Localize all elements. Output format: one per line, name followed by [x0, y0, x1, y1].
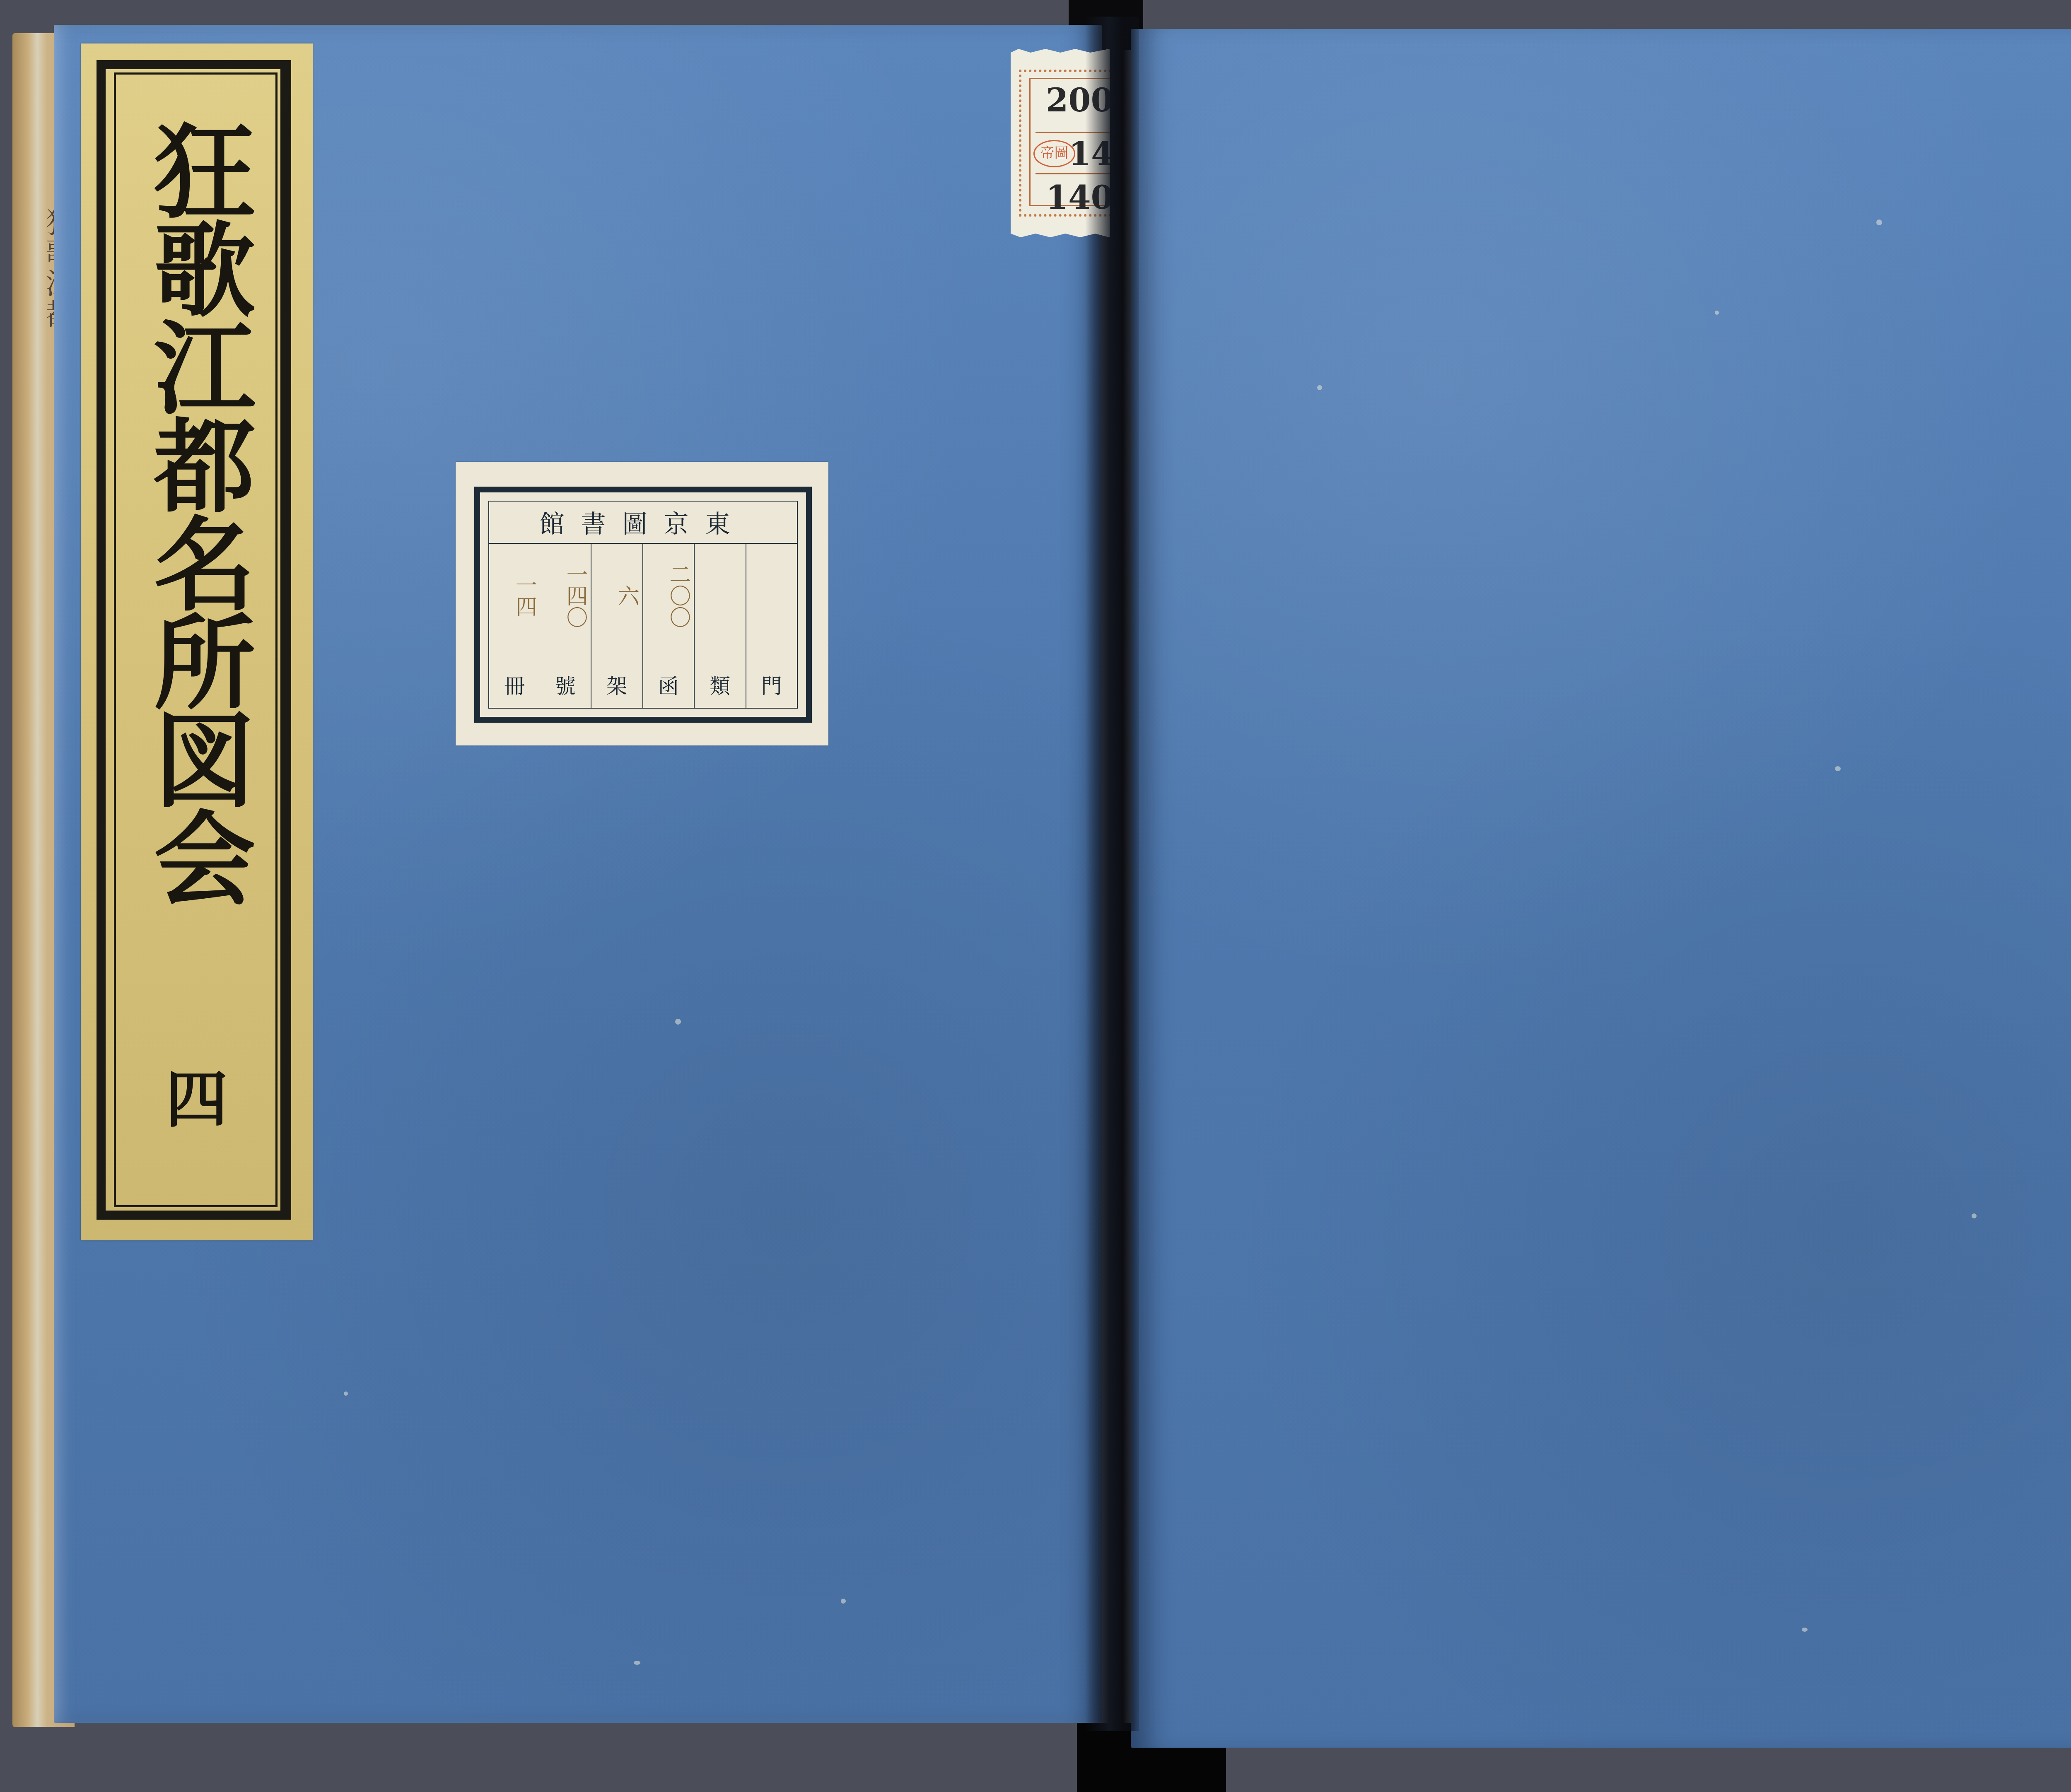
- library-name: 東京圖書館: [489, 502, 797, 544]
- label-outer-border: 東京圖書館 門 類 二〇〇 函 六 架: [474, 487, 812, 723]
- label-column-kan: 二〇〇 函: [643, 544, 695, 708]
- label-columns: 門 類 二〇〇 函 六 架 一四〇 號: [489, 544, 797, 708]
- label-column-mon: 門: [746, 544, 797, 708]
- column-value: 六: [591, 556, 642, 635]
- column-value: [746, 556, 797, 635]
- call-number-sticker: 200 14 140 帝圖: [1011, 49, 1110, 237]
- title-slip: 狂歌江都名所図会 四: [81, 43, 313, 1240]
- spine-gutter: [1085, 17, 1139, 1731]
- front-cover-right: [1131, 29, 2071, 1748]
- column-label: 函: [643, 670, 694, 699]
- label-column-go: 一四〇 號: [540, 544, 592, 708]
- book-title: 狂歌江都名所図会: [122, 118, 271, 905]
- library-shelf-label: 東京圖書館 門 類 二〇〇 函 六 架: [456, 462, 828, 745]
- column-label: 號: [540, 670, 591, 699]
- column-value: [695, 556, 746, 635]
- label-column-ka: 六 架: [591, 544, 643, 708]
- library-name-text: 東京圖書館: [540, 504, 747, 540]
- label-inner-border: 東京圖書館 門 類 二〇〇 函 六 架: [488, 501, 798, 709]
- library-seal-stamp: 帝圖: [1033, 140, 1075, 167]
- volume-number: 四: [122, 1054, 271, 1145]
- column-label: 門: [746, 670, 797, 699]
- column-value: 二〇〇: [643, 556, 694, 635]
- column-value: 一四〇: [540, 556, 591, 635]
- label-column-satsu: 一四 冊: [489, 544, 540, 708]
- column-label: 架: [591, 670, 642, 699]
- column-label: 冊: [489, 670, 540, 699]
- column-value: 一四: [489, 556, 540, 635]
- sticker-spine-shadow: [1085, 49, 1110, 237]
- label-column-rui: 類: [695, 544, 746, 708]
- column-label: 類: [695, 670, 746, 699]
